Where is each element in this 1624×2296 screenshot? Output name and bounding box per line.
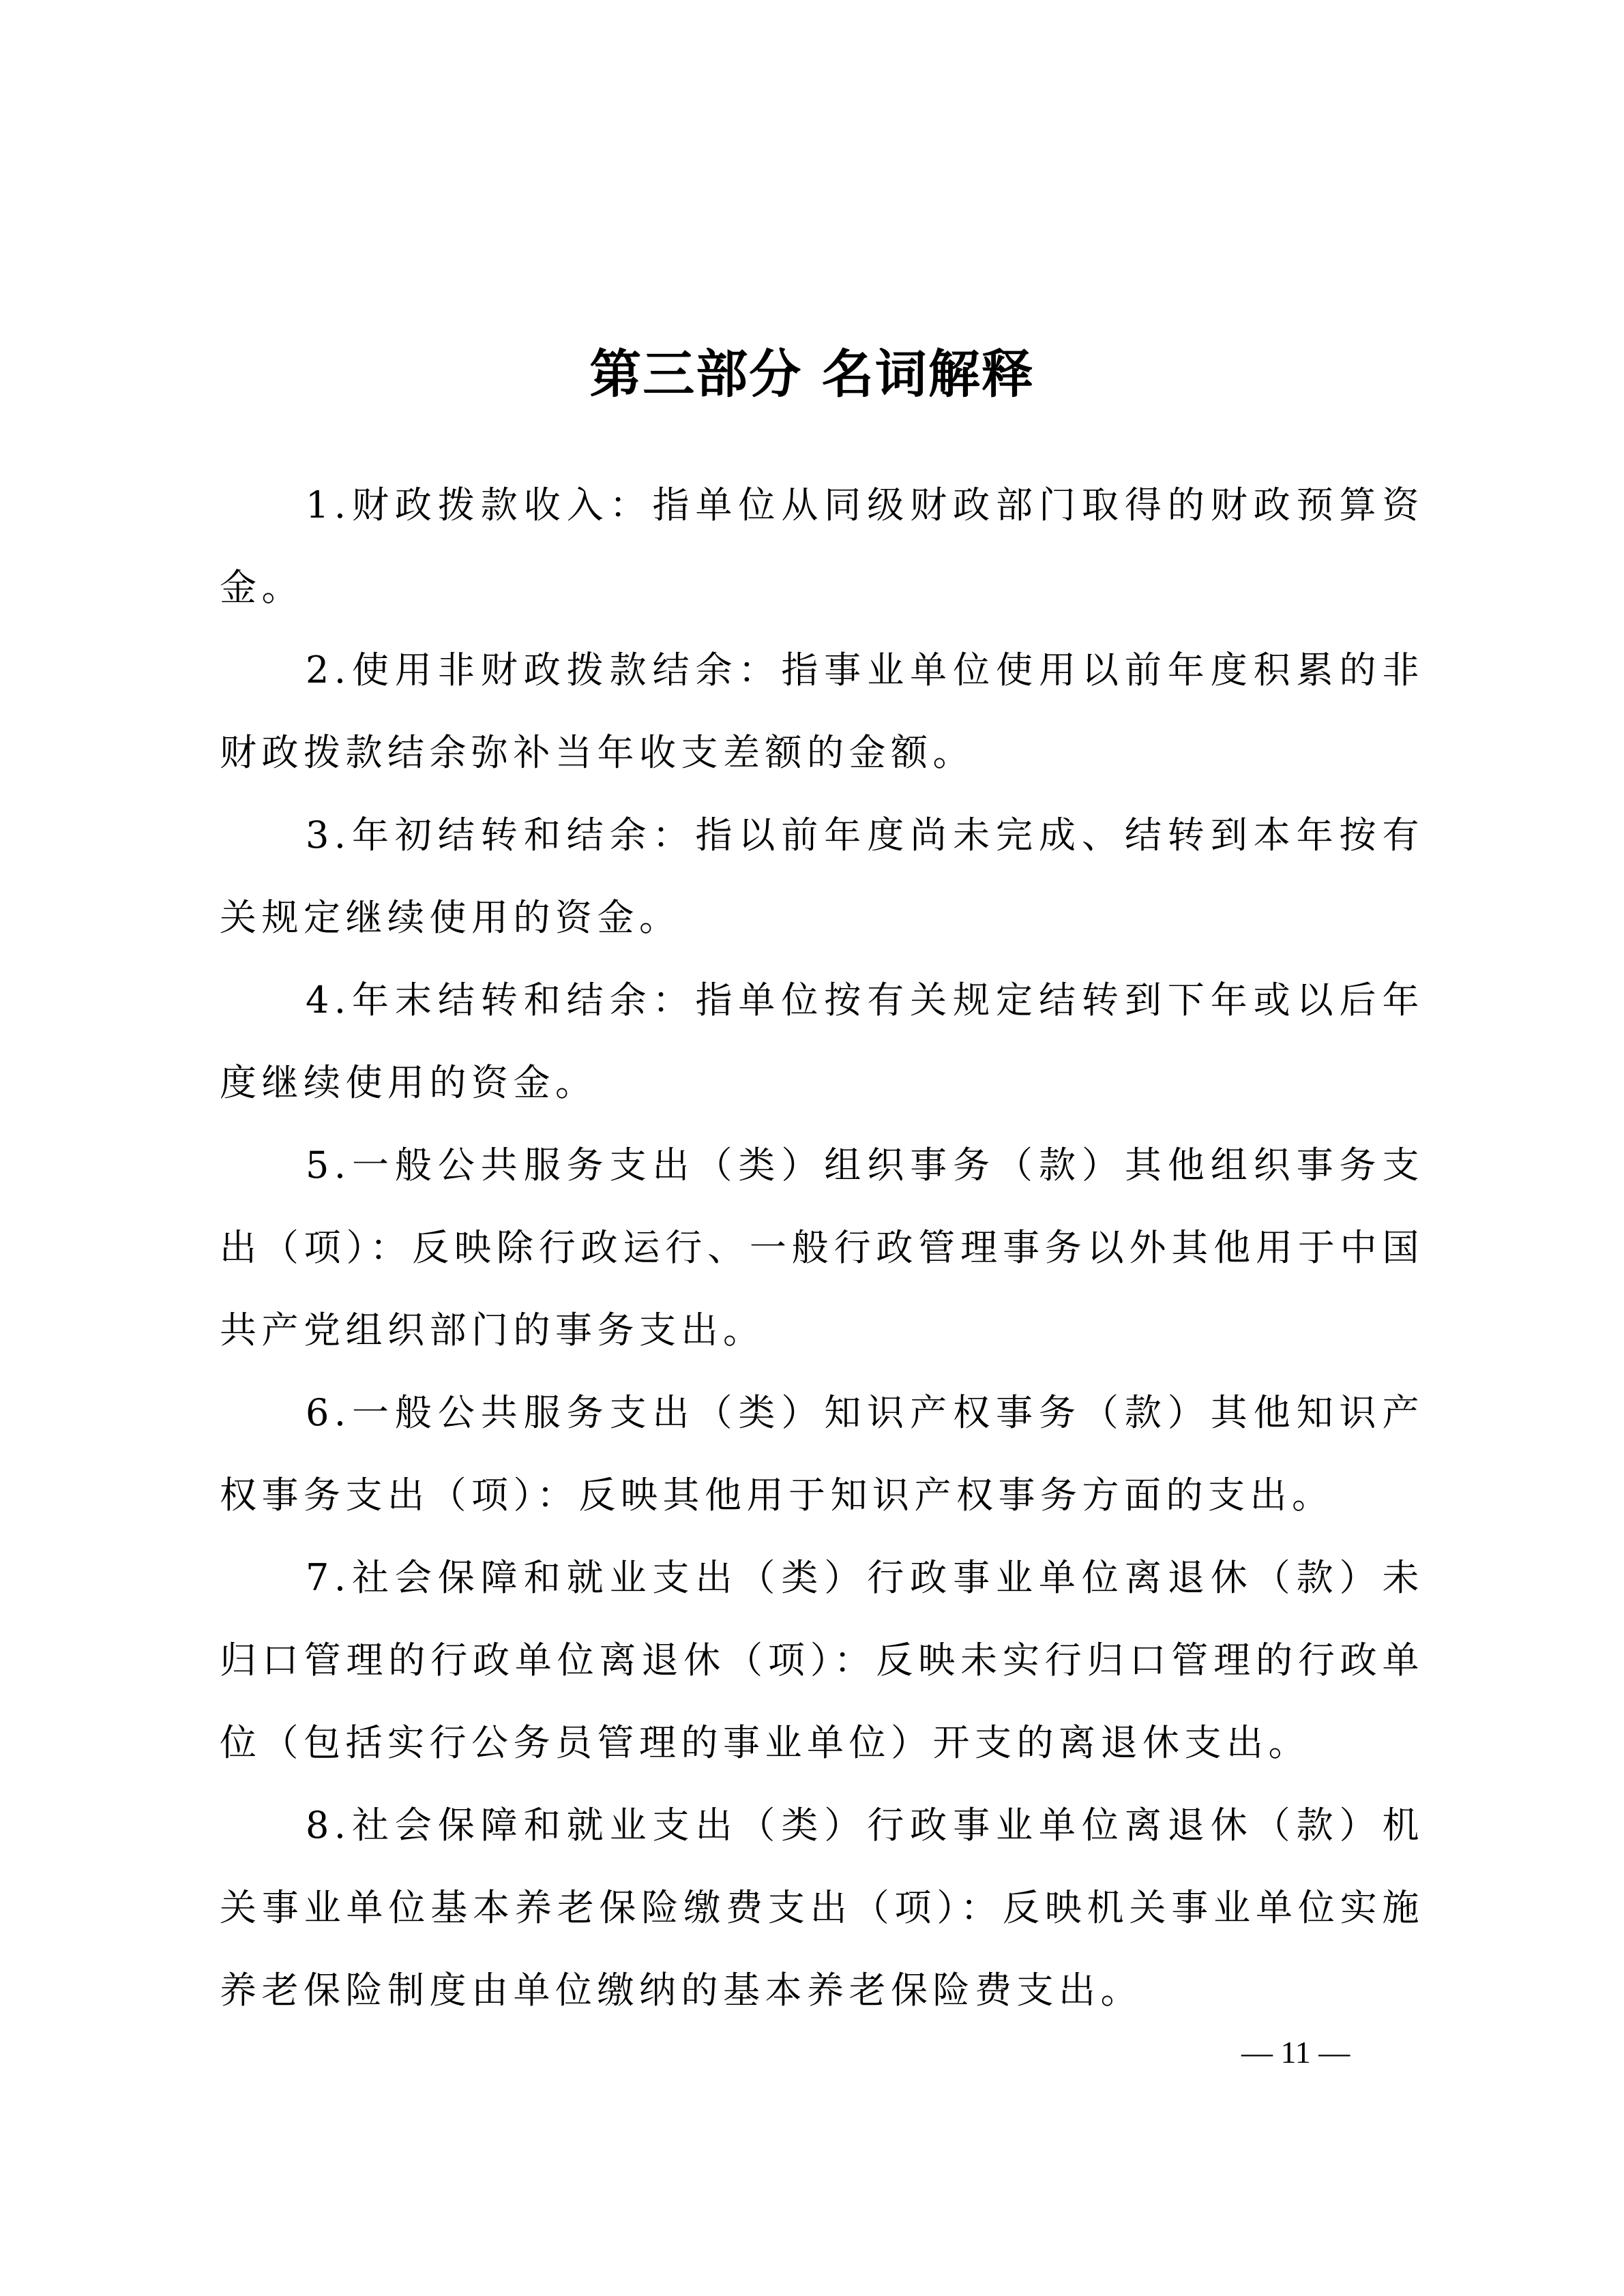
page-number: — 11 — [1241, 2032, 1350, 2073]
glossary-item-3: 3.年初结转和结余：指以前年度尚未完成、结转到本年按有关规定继续使用的资金。 [220, 794, 1424, 959]
glossary-item-8: 8.社会保障和就业支出（类）行政事业单位离退休（款）机关事业单位基本养老保险缴费… [220, 1784, 1424, 2031]
glossary-item-2: 2.使用非财政拨款结余：指事业单位使用以前年度积累的非财政拨款结余弥补当年收支差… [220, 629, 1424, 794]
glossary-content: 1.财政拨款收入：指单位从同级财政部门取得的财政预算资金。 2.使用非财政拨款结… [220, 464, 1424, 2031]
glossary-item-5: 5.一般公共服务支出（类）组织事务（款）其他组织事务支出（项）：反映除行政运行、… [220, 1124, 1424, 1371]
glossary-item-7: 7.社会保障和就业支出（类）行政事业单位离退休（款）未归口管理的行政单位离退休（… [220, 1536, 1424, 1784]
glossary-item-6: 6.一般公共服务支出（类）知识产权事务（款）其他知识产权事务支出（项）：反映其他… [220, 1371, 1424, 1536]
page-title: 第三部分 名词解释 [0, 340, 1624, 408]
glossary-item-1: 1.财政拨款收入：指单位从同级财政部门取得的财政预算资金。 [220, 464, 1424, 629]
glossary-item-4: 4.年末结转和结余：指单位按有关规定结转到下年或以后年度继续使用的资金。 [220, 959, 1424, 1124]
